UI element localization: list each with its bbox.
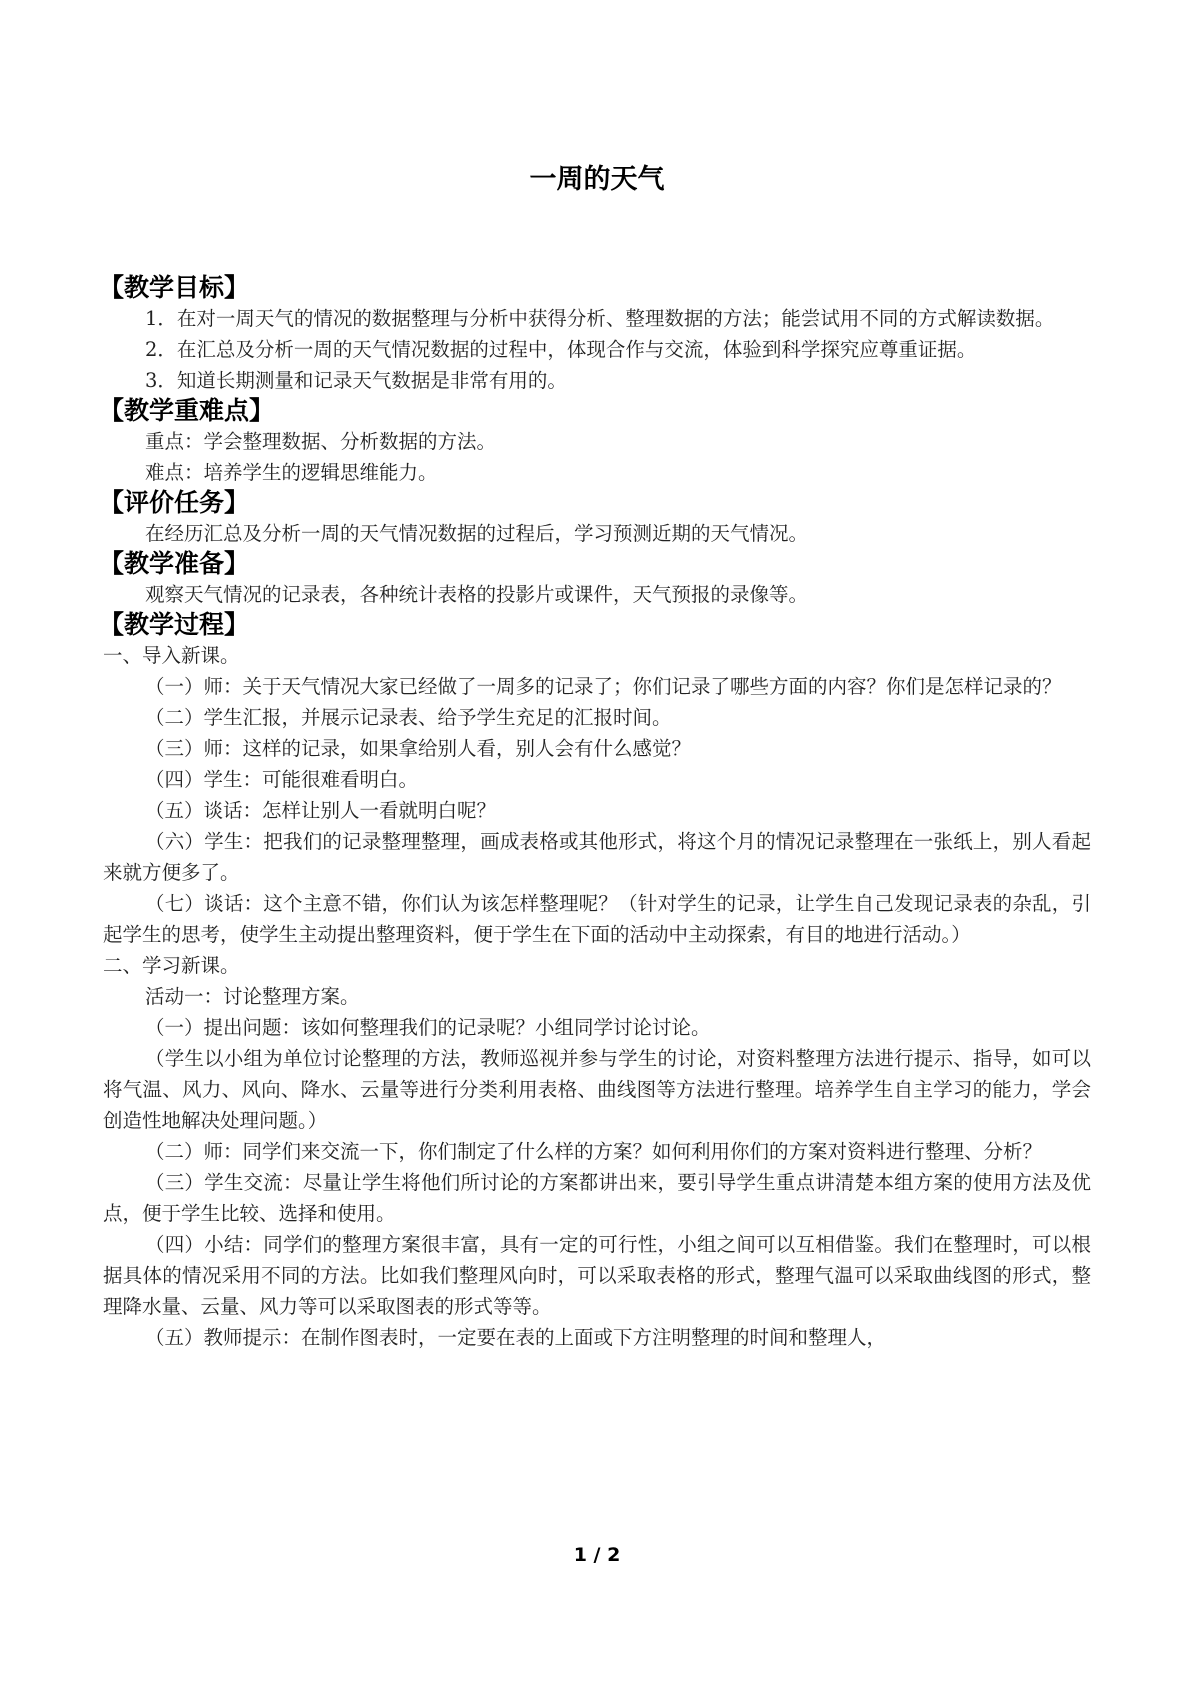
process-step: （二）师：同学们来交流一下，你们制定了什么样的方案？如何利用你们的方案对资料进行…	[103, 1136, 1091, 1167]
process-step: （三）师：这样的记录，如果拿给别人看，别人会有什么感觉？	[103, 733, 1091, 764]
objective-item: 3．知道长期测量和记录天气数据是非常有用的。	[103, 365, 1091, 396]
section-header-process: 【教学过程】	[99, 610, 1091, 640]
process-step: （一）师：关于天气情况大家已经做了一周多的记录了；你们记录了哪些方面的内容？你们…	[103, 671, 1091, 702]
key-point-item: 重点：学会整理数据、分析数据的方法。	[103, 426, 1091, 457]
process-step: （七）谈话：这个主意不错，你们认为该怎样整理呢？（针对学生的记录，让学生自己发现…	[103, 888, 1091, 950]
process-part1-heading: 一、导入新课。	[103, 640, 1091, 671]
process-step: （四）小结：同学们的整理方案很丰富，具有一定的可行性，小组之间可以互相借鉴。我们…	[103, 1229, 1091, 1322]
objective-item: 2．在汇总及分析一周的天气情况数据的过程中，体现合作与交流，体验到科学探究应尊重…	[103, 334, 1091, 365]
process-step: （五）谈话：怎样让别人一看就明白呢？	[103, 795, 1091, 826]
process-step: （五）教师提示：在制作图表时，一定要在表的上面或下方注明整理的时间和整理人，	[103, 1322, 1091, 1353]
process-step: （一）提出问题：该如何整理我们的记录呢？小组同学讨论讨论。	[103, 1012, 1091, 1043]
section-header-evaluation: 【评价任务】	[99, 488, 1091, 518]
key-point-item: 难点：培养学生的逻辑思维能力。	[103, 457, 1091, 488]
objective-item: 1．在对一周天气的情况的数据整理与分析中获得分析、整理数据的方法；能尝试用不同的…	[103, 303, 1091, 334]
activity-heading: 活动一：讨论整理方案。	[103, 981, 1091, 1012]
preparation-item: 观察天气情况的记录表，各种统计表格的投影片或课件，天气预报的录像等。	[103, 579, 1091, 610]
process-step: （三）学生交流：尽量让学生将他们所讨论的方案都讲出来，要引导学生重点讲清楚本组方…	[103, 1167, 1091, 1229]
document-title: 一周的天气	[103, 157, 1091, 196]
document-body: 【教学目标】 1．在对一周天气的情况的数据整理与分析中获得分析、整理数据的方法；…	[103, 273, 1091, 1353]
process-step: （二）学生汇报，并展示记录表、给予学生充足的汇报时间。	[103, 702, 1091, 733]
process-part2-heading: 二、学习新课。	[103, 950, 1091, 981]
process-step: （四）学生：可能很难看明白。	[103, 764, 1091, 795]
process-step: （学生以小组为单位讨论整理的方法，教师巡视并参与学生的讨论，对资料整理方法进行提…	[103, 1043, 1091, 1136]
evaluation-item: 在经历汇总及分析一周的天气情况数据的过程后，学习预测近期的天气情况。	[103, 518, 1091, 549]
process-step: （六）学生：把我们的记录整理整理，画成表格或其他形式，将这个月的情况记录整理在一…	[103, 826, 1091, 888]
section-header-objectives: 【教学目标】	[99, 273, 1091, 303]
section-header-key-points: 【教学重难点】	[99, 396, 1091, 426]
section-header-preparation: 【教学准备】	[99, 549, 1091, 579]
page-number: 1 / 2	[103, 1544, 1091, 1566]
